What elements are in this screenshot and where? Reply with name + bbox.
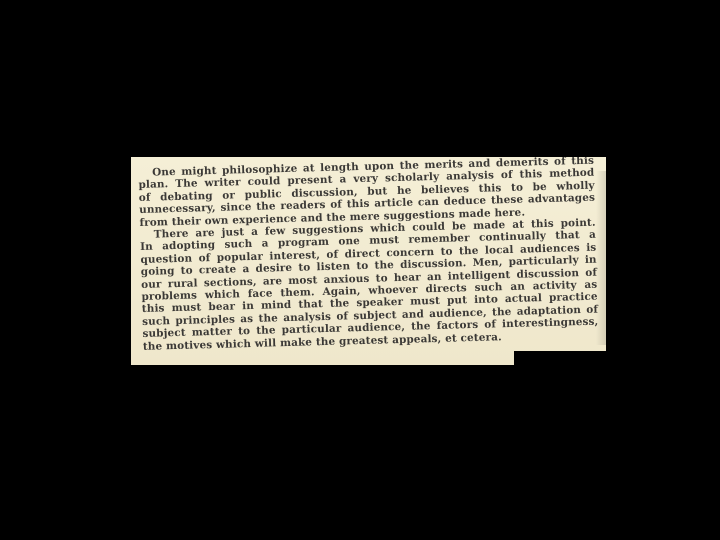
torn-corner: [514, 351, 606, 365]
paragraph-2: There are just a few suggestions which c…: [140, 217, 603, 353]
article-text: One might philosophize at length upon th…: [138, 157, 603, 353]
newspaper-clipping: One might philosophize at length upon th…: [131, 157, 606, 365]
